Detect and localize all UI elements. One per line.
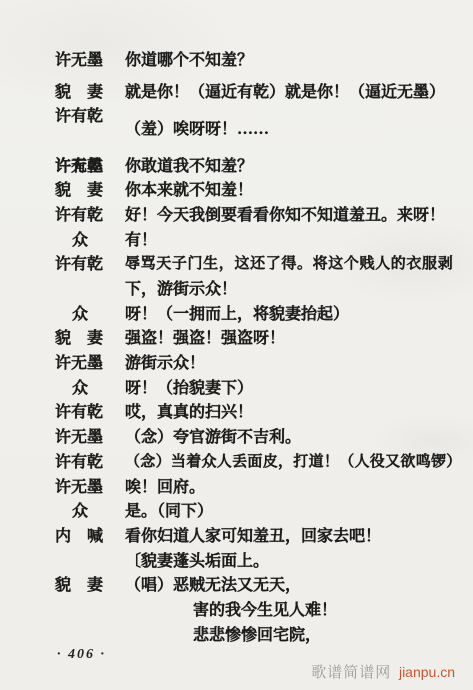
script-line: 内 喊看你妇道人家可知羞丑，回家去吧！ [55, 522, 453, 547]
speaker-name: 众 [55, 301, 105, 324]
speaker-name: 众 [55, 498, 105, 521]
dialogue-text: 你本来就不知羞！ [125, 177, 453, 200]
script-line: 许有乾好！今天我倒要看看你知不知道羞丑。来呀！ [55, 201, 453, 226]
speaker-name: 许无墨 [55, 424, 105, 447]
dialogue-text: 是。（同下） [125, 498, 453, 521]
script-line: 下，游街示众！ [55, 275, 453, 300]
speaker-name: 众 [55, 227, 105, 250]
dialogue-text: 你敢道我不知羞？ [125, 153, 453, 176]
speaker-name: 貌 妻 [55, 572, 105, 595]
dialogue-text: 看你妇道人家可知羞丑，回家去吧！ [125, 523, 453, 546]
script-line: 众呀！（一拥而上，将貌妻抬起） [55, 300, 453, 325]
lyric-text: 悲悲惨惨回宅院， [193, 622, 453, 645]
lyric-text: 害的我今生见人难！ [193, 597, 453, 620]
speaker-name: 众 [55, 375, 105, 398]
speaker-name: 许无墨 [55, 474, 105, 497]
script-lines: 许无墨你道哪个不知羞？貌 妻就是你！（逼近有乾）就是你！（逼近无墨）许有乾许无墨… [55, 46, 453, 646]
script-line: 害的我今生见人难！ [55, 596, 453, 621]
script-line: 许有乾辱骂天子门生，这还了得。将这个贱人的衣服剥 [55, 251, 453, 276]
dialogue-text: 唉！回府。 [125, 474, 453, 497]
script-line: 貌 妻（唱）恶贼无法又无天， [55, 571, 453, 596]
speaker-name: 许有乾 [55, 153, 105, 176]
speaker-name: 貌 妻 [55, 79, 105, 102]
speaker-name: 许有乾 [55, 399, 105, 422]
speaker-name: 许有乾 [55, 202, 105, 225]
script-line: 〔貌妻蓬头垢面上。 [55, 547, 453, 572]
watermark: 歌谱简谱网 jianpu.cn [311, 661, 455, 682]
dialogue-text: （唱）恶贼无法又无天， [125, 572, 453, 595]
speaker-name: 许有乾 [55, 103, 105, 153]
script-line: 许有乾（念）当着众人丢面皮，打道！（人役又欲鸣锣） [55, 448, 453, 473]
dialogue-text: 辱骂天子门生，这还了得。将这个贱人的衣服剥 [125, 252, 453, 273]
speaker-name-group: 许有乾许无墨 [55, 102, 105, 151]
scanned-script-page: 许无墨你道哪个不知羞？貌 妻就是你！（逼近有乾）就是你！（逼近无墨）许有乾许无墨… [0, 0, 473, 690]
dialogue-text: 哎，真真的扫兴！ [125, 399, 453, 422]
script-line: 许有乾你敢道我不知羞？ [55, 152, 453, 177]
script-line: 许有乾哎，真真的扫兴！ [55, 399, 453, 424]
dialogue-text: （念）夸官游街不吉利。 [125, 424, 453, 447]
script-line: 许有乾许无墨（羞）唉呀呀！…… [55, 102, 453, 151]
speaker-name: 许无墨 [55, 47, 105, 70]
dialogue-text: 强盗！强盗！强盗呀！ [125, 325, 453, 348]
dialogue-text: 就是你！（逼近有乾）就是你！（逼近无墨） [125, 79, 453, 102]
script-line: 悲悲惨惨回宅院， [55, 621, 453, 646]
script-line: 貌 妻你本来就不知羞！ [55, 176, 453, 201]
speaker-name: 内 喊 [55, 523, 105, 546]
page-number: · 406 · [57, 647, 106, 663]
dialogue-text: （念）当着众人丢面皮，打道！（人役又欲鸣锣） [125, 450, 462, 471]
stage-direction-text: 〔貌妻蓬头垢面上。 [125, 548, 453, 571]
dialogue-text: 好！今天我倒要看看你知不知道羞丑。来呀！ [125, 202, 453, 225]
script-line: 许无墨（念）夸官游街不吉利。 [55, 423, 453, 448]
script-line: 许无墨你道哪个不知羞？ [55, 46, 453, 71]
script-line: 貌 妻强盗！强盗！强盗呀！ [55, 325, 453, 350]
script-line: 许无墨游街示众！ [55, 349, 453, 374]
speaker-name: 貌 妻 [55, 177, 105, 200]
script-line: 貌 妻就是你！（逼近有乾）就是你！（逼近无墨） [55, 78, 453, 103]
script-line: 众是。（同下） [55, 497, 453, 522]
dialogue-text: 呀！（抬貌妻下） [125, 375, 453, 398]
dialogue-text: 你道哪个不知羞？ [125, 47, 453, 70]
dialogue-text: 游街示众！ [125, 350, 453, 373]
dialogue-text: 呀！（一拥而上，将貌妻抬起） [125, 301, 453, 324]
script-line: 许无墨唉！回府。 [55, 473, 453, 498]
speaker-name: 许有乾 [55, 449, 105, 472]
speaker-name: 许有乾 [55, 251, 105, 274]
dialogue-text: 下，游街示众！ [125, 276, 453, 299]
script-line: 众呀！（抬貌妻下） [55, 374, 453, 399]
script-line: 众有！ [55, 226, 453, 251]
dialogue-text: （羞）唉呀呀！…… [125, 116, 453, 139]
watermark-domain: jianpu.cn [399, 664, 455, 680]
speaker-name: 许无墨 [55, 350, 105, 373]
speaker-name: 貌 妻 [55, 325, 105, 348]
dialogue-text: 有！ [125, 227, 453, 250]
watermark-site-name: 歌谱简谱网 [311, 665, 391, 681]
